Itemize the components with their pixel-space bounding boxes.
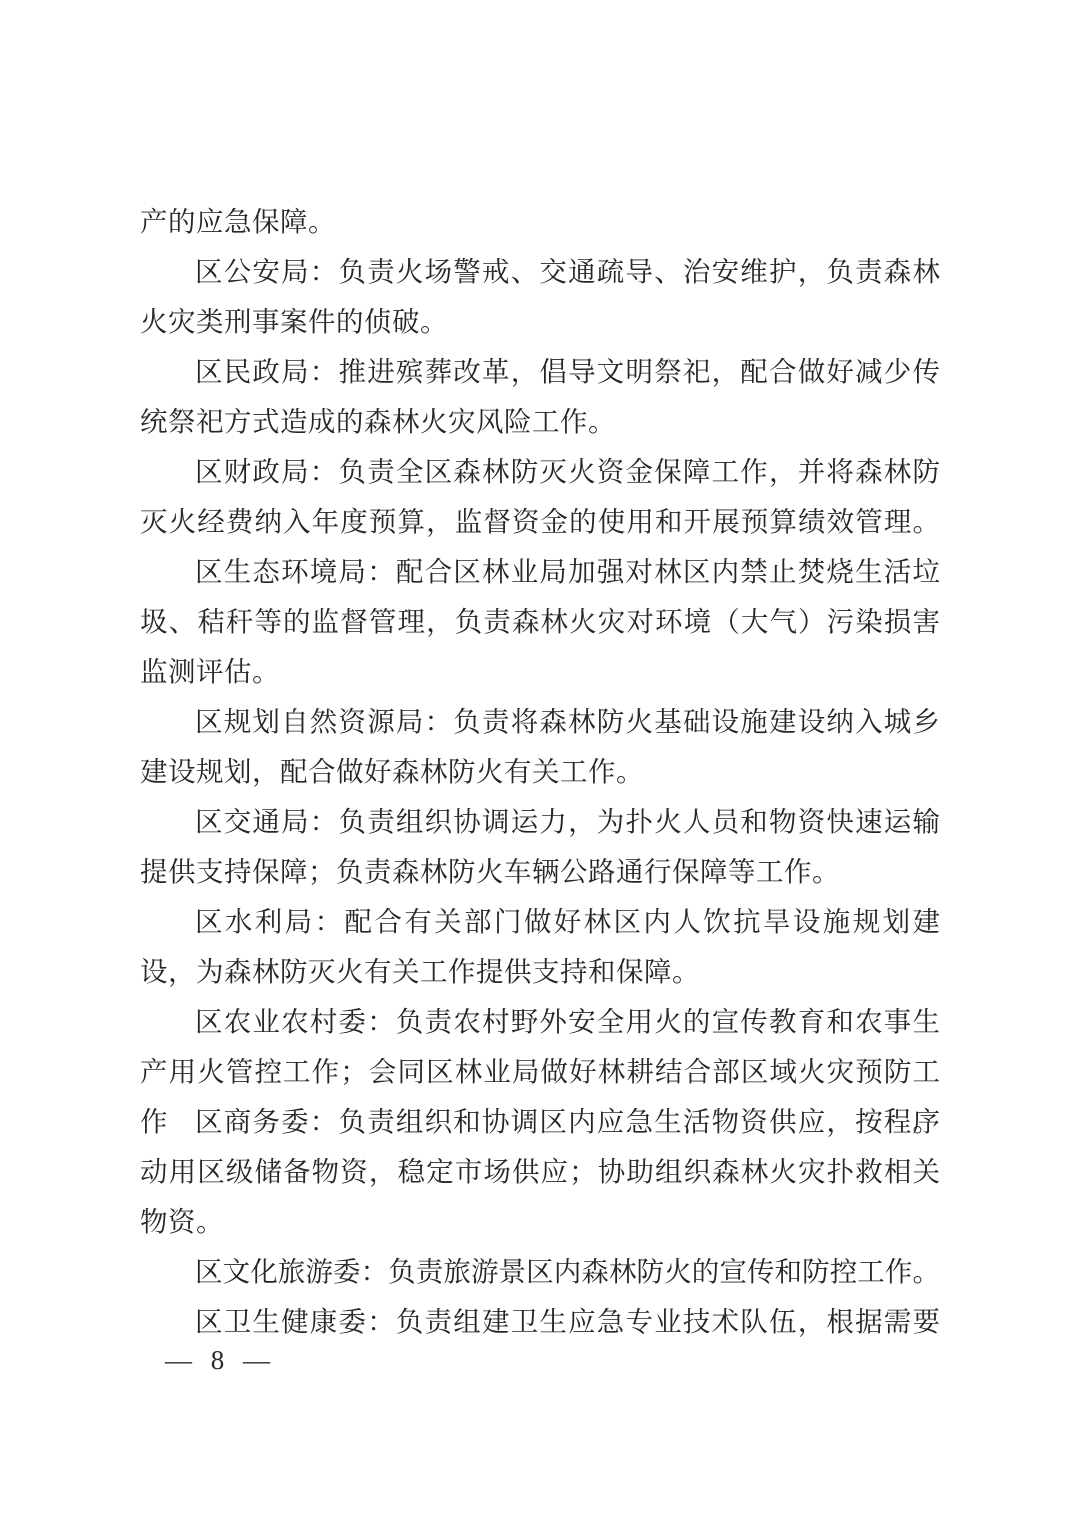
text-line: 区公安局：负责火场警戒、交通疏导、治安维护，负责森林 <box>140 247 940 297</box>
text-line: 区规划自然资源局：负责将森林防火基础设施建设纳入城乡 <box>140 697 940 747</box>
text-line: 区民政局：推进殡葬改革，倡导文明祭祀，配合做好减少传 <box>140 347 940 397</box>
text-line: 区财政局：负责全区森林防灭火资金保障工作，并将森林防 <box>140 447 940 497</box>
text-line: 区农业农村委：负责农村野外安全用火的宣传教育和农事生 <box>140 997 940 1047</box>
text-line: 设，为森林防灭火有关工作提供支持和保障。 <box>140 947 940 997</box>
page-number: — 8 — <box>165 1338 276 1382</box>
document-page: 产的应急保障。区公安局：负责火场警戒、交通疏导、治安维护，负责森林火灾类刑事案件… <box>0 0 1074 1520</box>
text-line: 监测评估。 <box>140 647 940 697</box>
text-line: 物资。 <box>140 1197 940 1247</box>
text-line: 建设规划，配合做好森林防火有关工作。 <box>140 747 940 797</box>
text-line: 区商务委：负责组织和协调区内应急生活物资供应，按程序 <box>140 1097 940 1147</box>
text-line: 灭火经费纳入年度预算，监督资金的使用和开展预算绩效管理。 <box>140 497 940 547</box>
text-line: 产的应急保障。 <box>140 197 940 247</box>
text-line: 区文化旅游委：负责旅游景区内森林防火的宣传和防控工作。 <box>140 1247 940 1297</box>
text-line: 圾、秸秆等的监督管理，负责森林火灾对环境（大气）污染损害 <box>140 597 940 647</box>
text-line: 动用区级储备物资，稳定市场供应；协助组织森林火灾扑救相关 <box>140 1147 940 1197</box>
text-line: 区生态环境局：配合区林业局加强对林区内禁止焚烧生活垃 <box>140 547 940 597</box>
text-line: 火灾类刑事案件的侦破。 <box>140 297 940 347</box>
text-line: 提供支持保障；负责森林防火车辆公路通行保障等工作。 <box>140 847 940 897</box>
text-line: 产用火管控工作；会同区林业局做好林耕结合部区域火灾预防工作。 <box>140 1047 940 1097</box>
text-line: 统祭祀方式造成的森林火灾风险工作。 <box>140 397 940 447</box>
document-body: 产的应急保障。区公安局：负责火场警戒、交通疏导、治安维护，负责森林火灾类刑事案件… <box>140 197 940 1347</box>
text-line: 区交通局：负责组织协调运力，为扑火人员和物资快速运输 <box>140 797 940 847</box>
text-line: 区水利局：配合有关部门做好林区内人饮抗旱设施规划建 <box>140 897 940 947</box>
